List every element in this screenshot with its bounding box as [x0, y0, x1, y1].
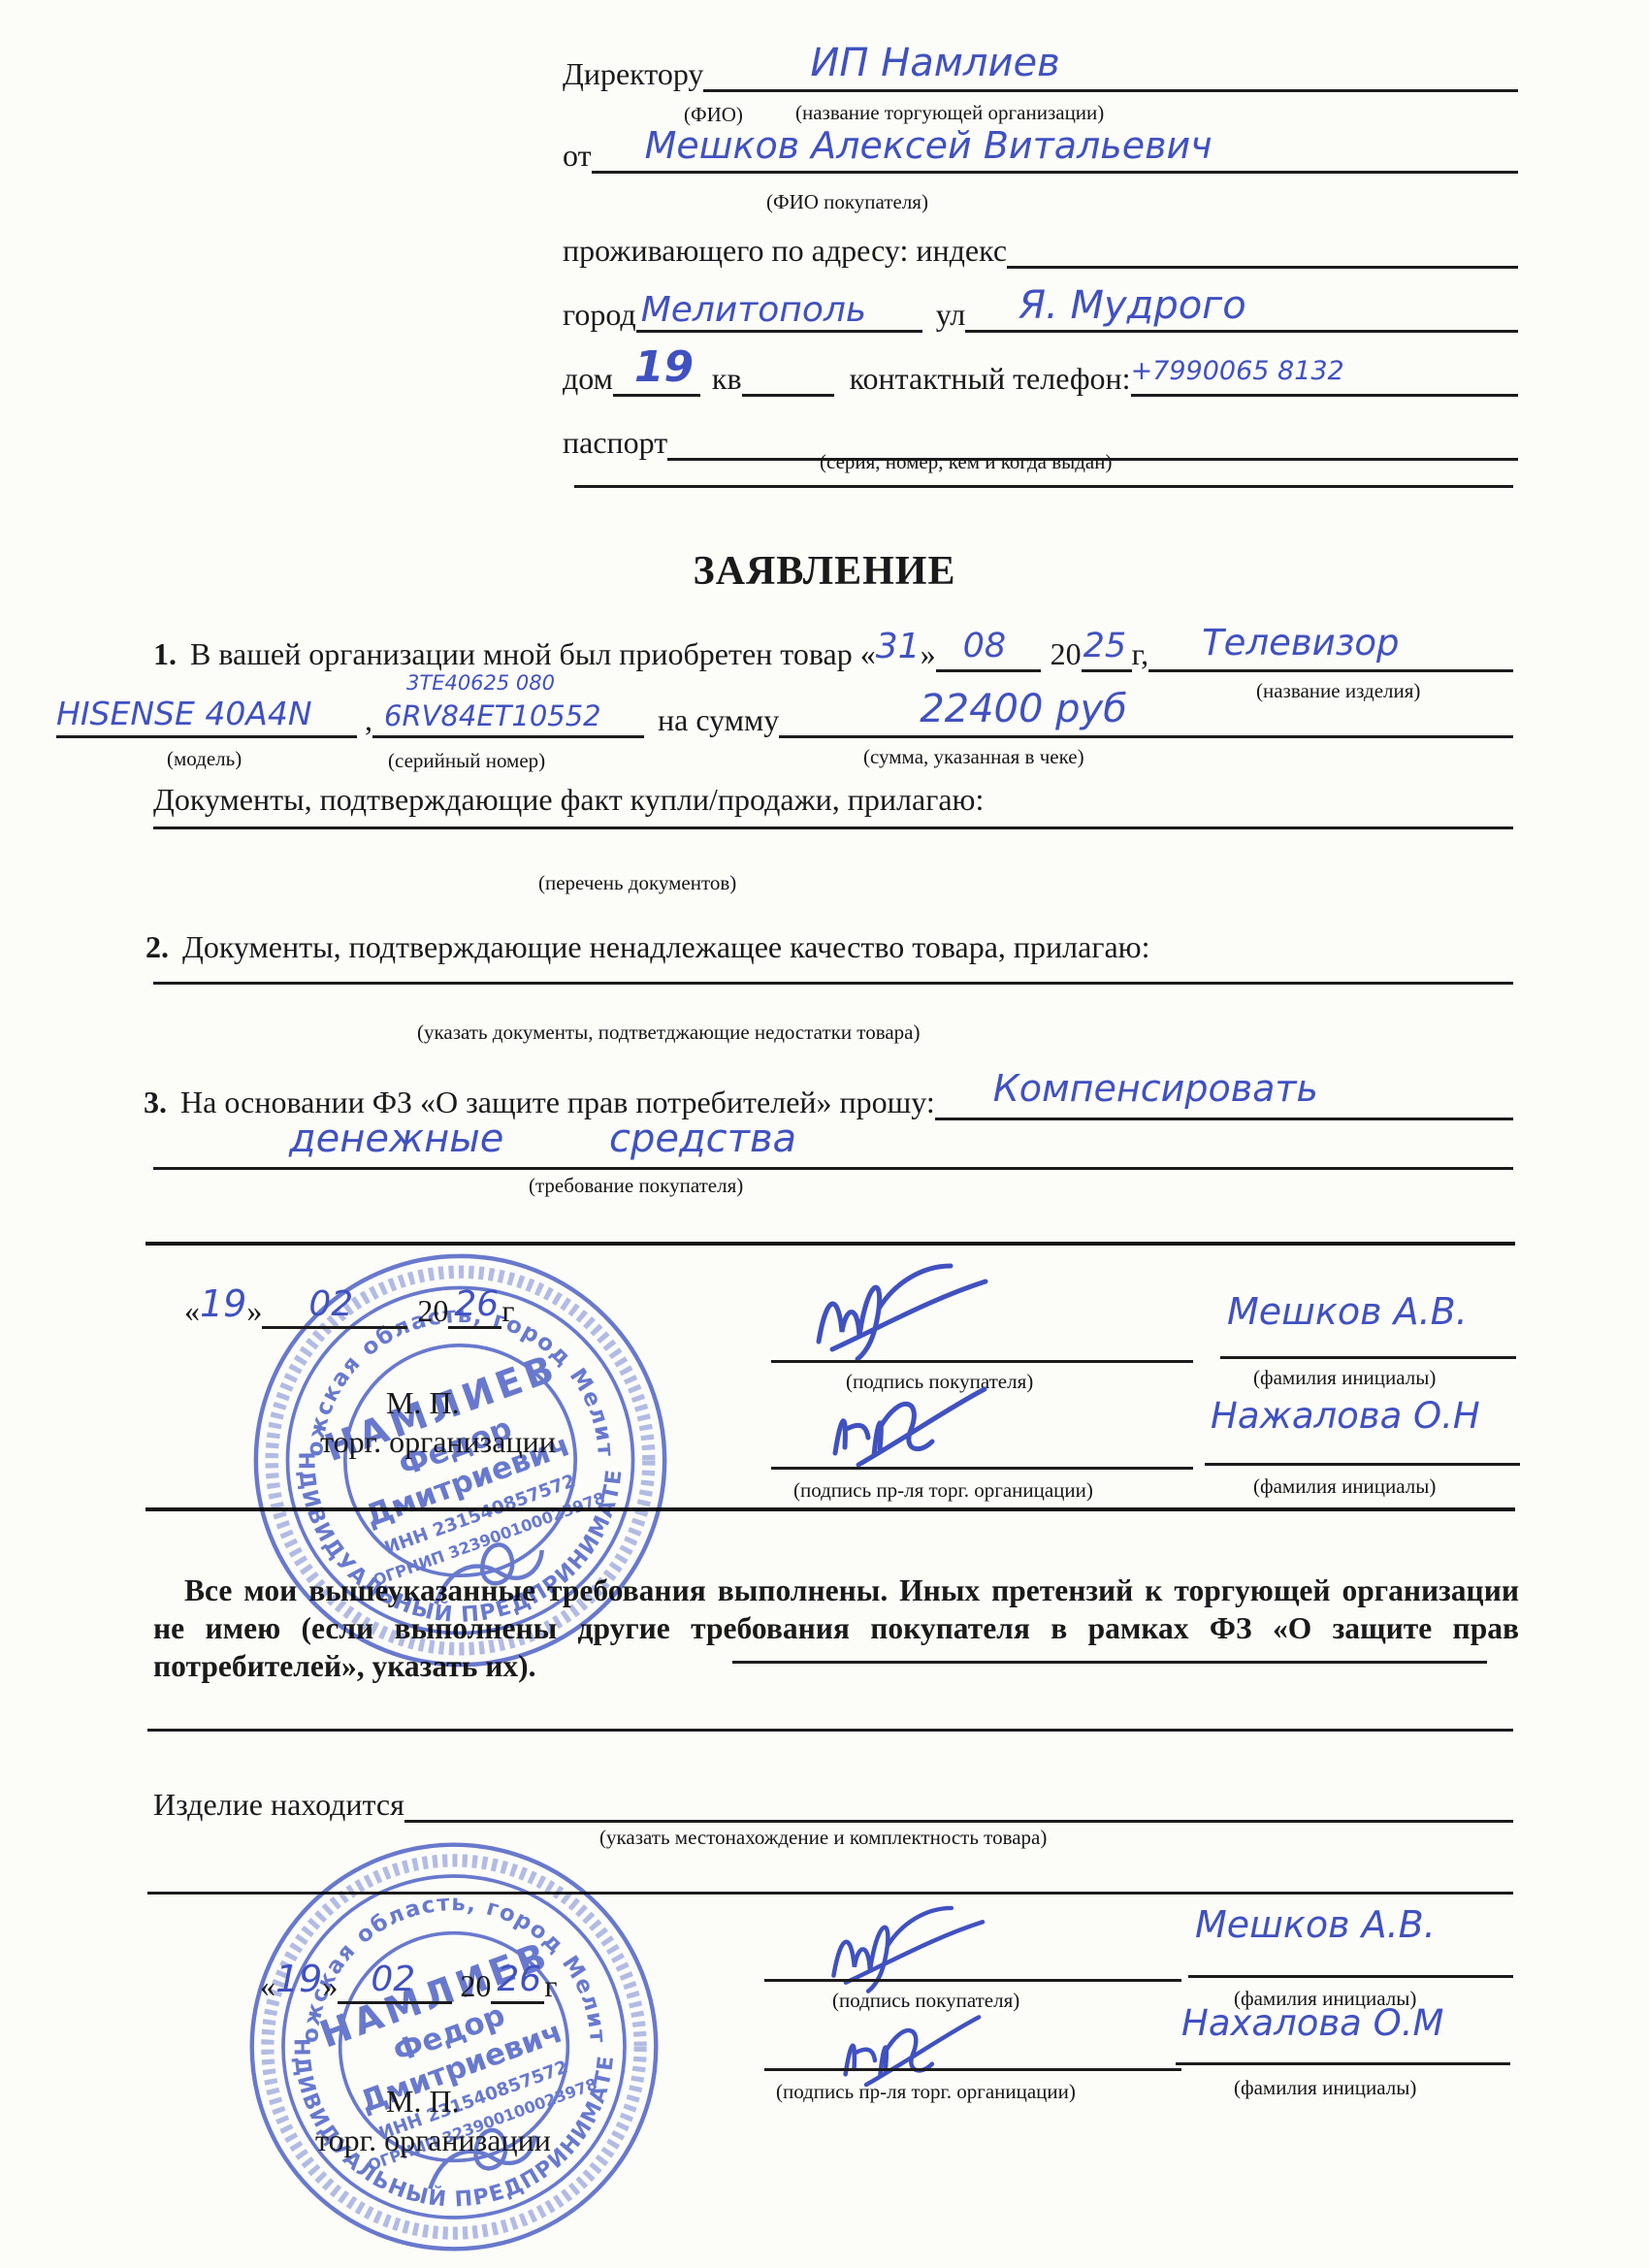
hint-serial: (серийный номер): [388, 749, 545, 773]
sig1-year-printed: 20: [417, 1293, 448, 1329]
seller-sign-line-1: [771, 1467, 1193, 1470]
from-field: Мешков Алексей Витальевич: [592, 138, 1518, 174]
buyer-name-handwritten-2: Мешков А.В.: [1195, 1903, 1436, 1946]
item1-line2: HISENSE 40A4N , 3TE40625 080 6RV84ET1055…: [56, 702, 1513, 738]
seller-name-handwritten-1: Нажалова О.Н: [1211, 1395, 1480, 1437]
sum-field: 22400 руб: [779, 702, 1513, 738]
item1-line1: 1. В вашей организации мной был приобрет…: [153, 632, 1513, 672]
sig2-month-field: 02: [338, 1968, 452, 2004]
sig2-quote-close: »: [322, 1968, 338, 2004]
docs-purchase-label: Документы, подтверждающие факт купли/про…: [153, 782, 984, 818]
street-label: ул: [936, 297, 966, 333]
buyer-name-line-2: [1188, 1975, 1513, 1978]
purchase-month-field: 08: [936, 636, 1041, 672]
model-field: HISENSE 40A4N: [56, 702, 357, 738]
city-field: Мелитополь: [636, 297, 922, 333]
city-label: город: [563, 297, 636, 333]
closing-blank-line: [147, 1729, 1513, 1732]
sig1-year-handwritten: 26: [454, 1284, 499, 1324]
round-stamp-2: Запорожская область, город Мелитополь ★ …: [241, 1833, 667, 2260]
sum-label: на сумму: [658, 702, 779, 738]
sig1-mp-label: М. П.: [386, 1385, 460, 1421]
hint-passport: (серия, номер, кем и когда выдан): [820, 450, 1113, 474]
house-handwritten: 19: [634, 342, 694, 392]
request-field-1: Компенсировать: [935, 1085, 1513, 1120]
hint-defect-docs: (указать документы, подтветджающие недос…: [417, 1021, 920, 1045]
item2-field: [153, 982, 1513, 985]
buyer-signature-2: [813, 1899, 1055, 1996]
purchase-year-handwritten: 25: [1083, 627, 1127, 665]
serial-note-handwritten: 3TE40625 080: [406, 671, 555, 695]
seller-name-line-2: [1176, 2062, 1510, 2065]
location-label: Изделие находится: [153, 1787, 404, 1823]
location-field: [404, 1787, 1513, 1823]
buyer-name-line-1: [1220, 1356, 1516, 1359]
item1-comma: ,: [365, 702, 372, 738]
sig1-year-g: г: [501, 1293, 514, 1329]
house-field: 19: [613, 361, 700, 397]
model-handwritten: HISENSE 40A4N: [56, 695, 312, 732]
hint-name-2b: (фамилия инициалы): [1234, 2076, 1416, 2100]
hint-docs-list: (перечень документов): [538, 871, 736, 895]
hint-org-name: (название торгующей организации): [795, 101, 1104, 125]
sig1-day-handwritten: 19: [200, 1282, 246, 1325]
product-handwritten: Телевизор: [1202, 622, 1399, 664]
sig2-org-label: торг. организации: [315, 2122, 551, 2158]
hint-buyer-demand: (требование покупателя): [529, 1174, 743, 1198]
buyer-name-handwritten-1: Мешков А.В.: [1227, 1290, 1468, 1333]
hint-seller-sign-1: (подпись пр-ля торг. органицации): [793, 1478, 1093, 1503]
request-field-2: денежные средства: [153, 1134, 1513, 1170]
hint-buyer-fio: (ФИО покупателя): [766, 190, 928, 214]
item2-number: 2.: [145, 929, 169, 965]
director-line: Директору ИП Намлиев: [563, 56, 1518, 92]
serial-field: 3TE40625 080 6RV84ET10552: [372, 702, 644, 738]
apt-label: кв: [712, 361, 742, 397]
buyer-sign-line-2: [764, 1979, 1181, 1982]
passport-label: паспорт: [563, 425, 667, 461]
director-handwritten-value: ИП Намлиев: [810, 41, 1059, 85]
sig2-year-field: 26: [491, 1968, 544, 2004]
sig1-month-field: 02: [262, 1293, 407, 1329]
item2-text: Документы, подтверждающие ненадлежащее к…: [182, 929, 1149, 965]
location-line: Изделие находится: [153, 1787, 1513, 1823]
item3-line1: 3. На основании ФЗ «О защите прав потреб…: [144, 1085, 1513, 1120]
address-line: проживающего по адресу: индекс: [563, 233, 1518, 269]
buyer-signature-1: [805, 1256, 1057, 1365]
year-printed: 20: [1051, 636, 1082, 672]
sig1-quote-open: «: [184, 1293, 200, 1329]
serial-handwritten: 6RV84ET10552: [384, 699, 601, 732]
request-handwritten-word2: средства: [609, 1117, 796, 1161]
hint-product: (название изделия): [1256, 679, 1420, 703]
sig1-org-label: торг. организации: [320, 1424, 556, 1460]
purchase-year-field: 25: [1082, 636, 1132, 672]
item3-text: На основании ФЗ «О защите прав потребите…: [180, 1085, 935, 1120]
house-label: дом: [563, 361, 613, 397]
page-title: ЗАЯВЛЕНИЕ: [0, 548, 1649, 595]
item3-number: 3.: [144, 1085, 167, 1120]
seller-name-line-1: [1205, 1463, 1520, 1466]
sig2-mp-label: М. П.: [386, 2084, 460, 2120]
product-field: Телевизор: [1148, 636, 1513, 672]
from-line: от Мешков Алексей Витальевич: [563, 138, 1518, 174]
city-street-line: город Мелитополь ул Я. Мудрого: [563, 297, 1518, 333]
postcode-field: [1007, 233, 1518, 269]
phone-field: +7990065 8132: [1131, 361, 1518, 397]
sig2-year-handwritten: 26: [497, 1960, 541, 1999]
hint-name-1b: (фамилия инициалы): [1253, 1474, 1436, 1499]
blank-line-header: [574, 485, 1513, 488]
request-handwritten-1: Компенсировать: [993, 1067, 1318, 1110]
sig1-month-handwritten: 02: [308, 1284, 353, 1324]
hint-sum: (сумма, указанная в чеке): [863, 745, 1084, 769]
item1-number: 1.: [153, 636, 177, 672]
seller-name-handwritten-2: Нахалова О.М: [1181, 2002, 1443, 2044]
street-field: Я. Мудрого: [965, 297, 1518, 333]
item3-line2: денежные средства: [153, 1127, 1513, 1170]
year-suffix: г,: [1132, 636, 1149, 672]
sig2-year-g: г: [544, 1968, 557, 2004]
sig1-quote-close: »: [246, 1293, 262, 1329]
buyer-fio-handwritten: Мешков Алексей Витальевич: [645, 124, 1212, 167]
house-phone-line: дом 19 кв контактный телефон: +7990065 8…: [563, 361, 1518, 397]
hint-name-1a: (фамилия инициалы): [1253, 1366, 1436, 1390]
closing-field: [732, 1661, 1487, 1664]
phone-handwritten: +7990065 8132: [1131, 356, 1344, 386]
sig2-year-printed: 20: [460, 1968, 491, 2004]
docs-purchase-field: [153, 826, 1513, 829]
street-handwritten: Я. Мудрого: [1018, 283, 1245, 328]
hint-seller-sign-2: (подпись пр-ля торг. органицации): [776, 2080, 1076, 2104]
hint-model: (модель): [167, 747, 242, 771]
apt-field: [742, 361, 834, 397]
phone-label: контактный телефон:: [850, 361, 1131, 397]
sig1-year-field: 26: [448, 1293, 501, 1329]
seller-sign-line-2: [764, 2068, 1181, 2071]
sum-handwritten: 22400 руб: [920, 687, 1127, 731]
sig2-date-line: « 19 » 02 20 26 г: [260, 1961, 580, 2004]
item1-text: В вашей организации мной был приобретен …: [190, 636, 876, 672]
sig2-month-handwritten: 02: [371, 1960, 415, 1999]
seller-signature-2: [824, 1996, 1038, 2093]
address-label: проживающего по адресу: индекс: [563, 233, 1007, 269]
director-field: ИП Намлиев: [703, 56, 1518, 92]
item2-line: 2. Документы, подтверждающие ненадлежаще…: [145, 929, 1513, 965]
director-label: Директору: [563, 56, 703, 92]
seller-signature-1: [820, 1366, 1043, 1474]
sig1-date-line: « 19 » 02 20 26 г: [184, 1286, 572, 1329]
sig2-day-handwritten: 19: [275, 1958, 322, 2000]
sig2-quote-open: «: [260, 1968, 275, 2004]
purchase-day-handwritten: 31: [876, 627, 921, 666]
scanned-complaint-form: Директору ИП Намлиев (ФИО) (название тор…: [0, 0, 1649, 2268]
purchase-month-handwritten: 08: [963, 627, 1007, 665]
city-handwritten: Мелитополь: [641, 290, 866, 330]
request-handwritten-word1: денежные: [289, 1117, 503, 1161]
buyer-sign-line-1: [771, 1360, 1193, 1363]
item1-quote-close: »: [921, 636, 936, 672]
from-label: от: [563, 138, 592, 174]
